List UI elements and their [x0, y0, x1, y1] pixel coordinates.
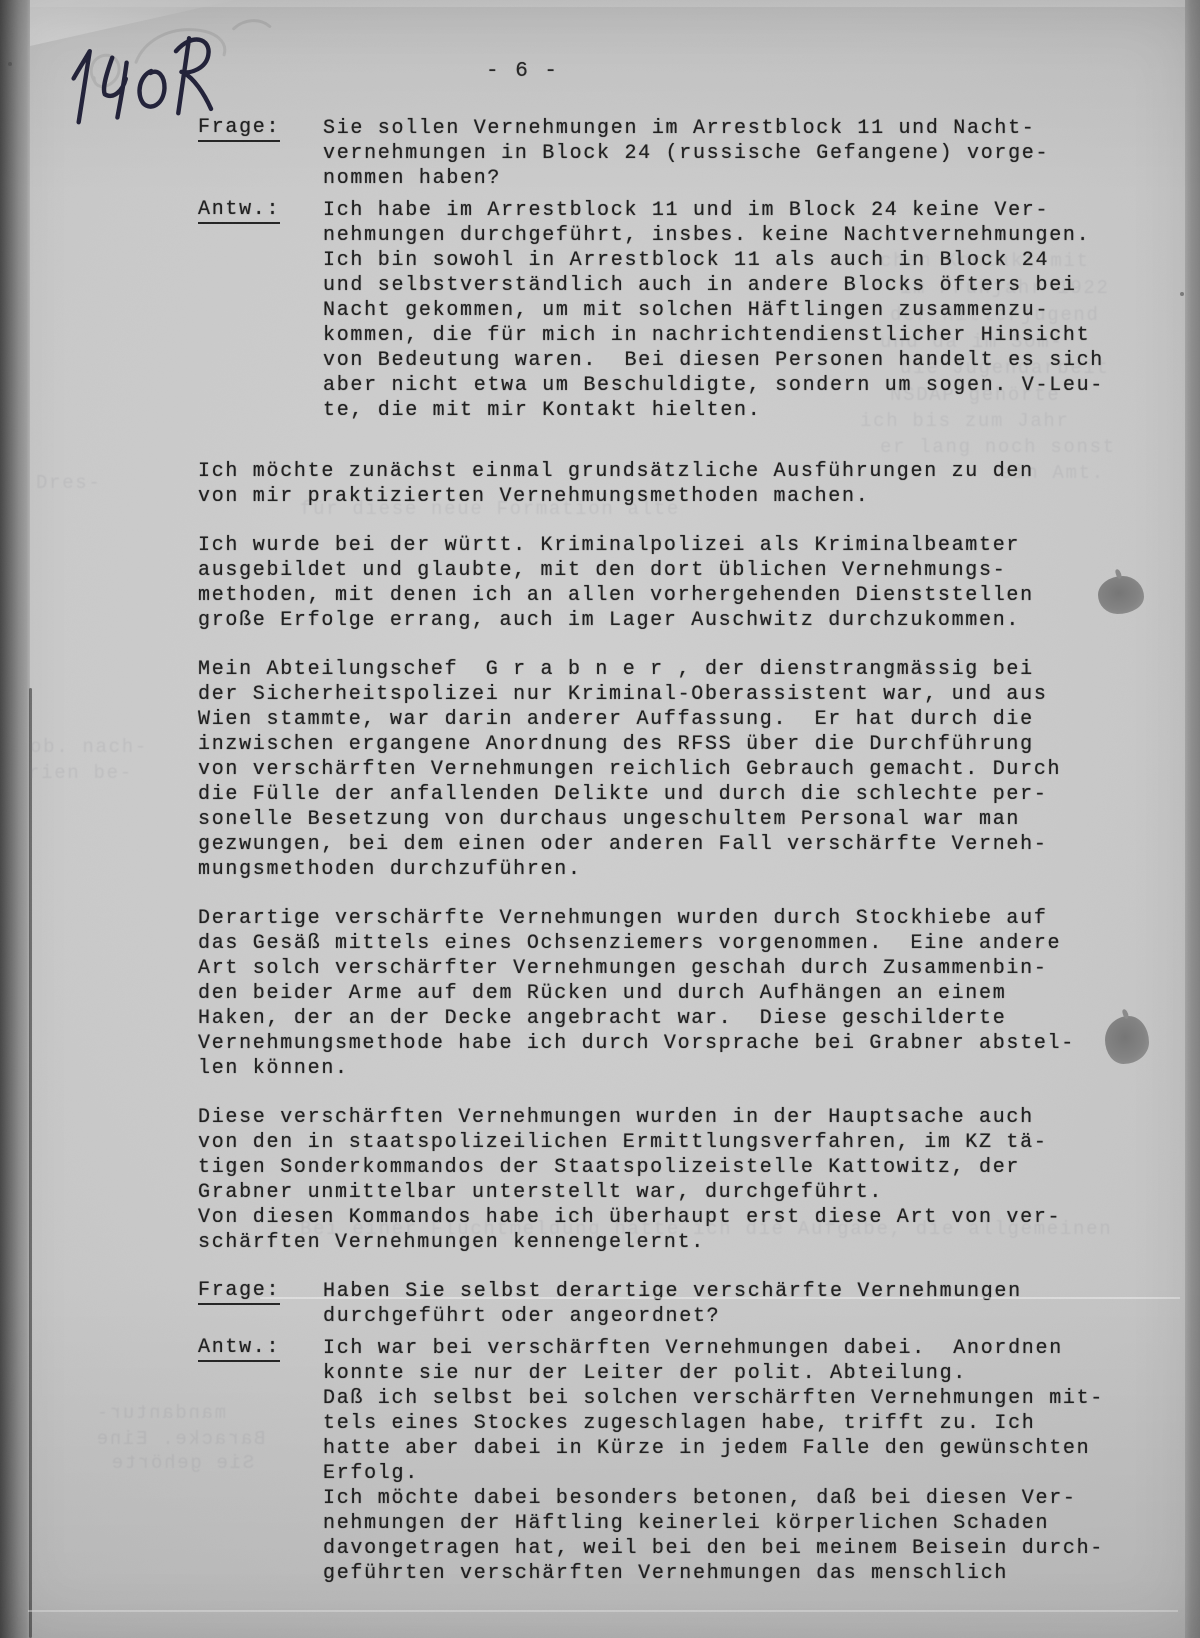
text-line: Sie sollen Vernehmungen im Arrestblock 1… [323, 116, 1200, 141]
speaker-label: Frage: [198, 116, 280, 142]
text-line: von Bedeutung waren. Bei diesen Personen… [323, 348, 1200, 373]
text-line: durchgeführt oder angeordnet? [323, 1304, 1200, 1329]
text-line: Ich möchte dabei besonders betonen, daß … [323, 1486, 1200, 1511]
text-line: von verschärften Vernehmungen reichlich … [198, 757, 1200, 782]
text-line: methoden, mit denen ich an allen vorherg… [198, 583, 1200, 608]
text-lines: Ich habe im Arrestblock 11 und im Block … [323, 198, 1200, 423]
text-line: tels eines Stockes zugeschlagen habe, tr… [323, 1411, 1200, 1436]
answer-block: Antw.:Ich war bei verschärften Vernehmun… [198, 1336, 1200, 1586]
text-line: Daß ich selbst bei solchen verschärften … [323, 1386, 1200, 1411]
text-line: Ich möchte zunächst einmal grundsätzlich… [198, 459, 1200, 484]
text-line: Haken, der an der Decke angebracht war. … [198, 1006, 1200, 1031]
scan-scratch-line [260, 1297, 1180, 1299]
text-line: die Fülle der anfallenden Delikte und du… [198, 782, 1200, 807]
text-lines: Diese verschärften Vernehmungen wurden i… [198, 1105, 1200, 1255]
paragraph-block: Ich möchte zunächst einmal grundsätzlich… [198, 459, 1200, 509]
text-lines: Mein Abteilungschef G r a b n e r , der … [198, 657, 1200, 882]
text-line: das Gesäß mittels eines Ochsenziemers vo… [198, 931, 1200, 956]
text-line: Vernehmungsmethode habe ich durch Vorspr… [198, 1031, 1200, 1056]
page-number: - 6 - [486, 60, 559, 83]
text-line: nommen haben? [323, 166, 1200, 191]
text-lines: Haben Sie selbst derartige verschärfte V… [323, 1279, 1200, 1329]
text-line: von mir praktizierten Vernehmungsmethode… [198, 484, 1200, 509]
text-line: Ich bin sowohl in Arrestblock 11 als auc… [323, 248, 1200, 273]
text-line: große Erfolge errang, auch im Lager Ausc… [198, 608, 1200, 633]
text-line: ausgebildet und glaubte, mit den dort üb… [198, 558, 1200, 583]
text-line: Grabner unmittelbar unterstellt war, dur… [198, 1180, 1200, 1205]
text-line: hatte aber dabei in Kürze in jedem Falle… [323, 1436, 1200, 1461]
paragraph-block: Ich wurde bei der württ. Kriminalpolizei… [198, 533, 1200, 633]
text-line: geführten verschärften Vernehmungen das … [323, 1561, 1200, 1586]
paragraph-block: Diese verschärften Vernehmungen wurden i… [198, 1105, 1200, 1255]
dust-speck [8, 62, 12, 66]
text-line: sonelle Besetzung von durchaus ungeschul… [198, 807, 1200, 832]
text-line: nehmungen durchgeführt, insbes. keine Na… [323, 223, 1200, 248]
ink-blot [1098, 576, 1144, 614]
text-line: vernehmungen in Block 24 (russische Gefa… [323, 141, 1200, 166]
text-line: te, die mit mir Kontakt hielten. [323, 398, 1200, 423]
paragraph-block: Derartige verschärfte Vernehmungen wurde… [198, 906, 1200, 1081]
text-line: len können. [198, 1056, 1200, 1081]
text-line: konnte sie nur der Leiter der polit. Abt… [323, 1361, 1200, 1386]
text-line: Haben Sie selbst derartige verschärfte V… [323, 1279, 1200, 1304]
text-lines: Ich möchte zunächst einmal grundsätzlich… [198, 459, 1200, 509]
text-line: aber nicht etwa um Beschuldigte, sondern… [323, 373, 1200, 398]
text-line: Ich habe im Arrestblock 11 und im Block … [323, 198, 1200, 223]
text-line: mungsmethoden durchzuführen. [198, 857, 1200, 882]
text-line: Ich war bei verschärften Vernehmungen da… [323, 1336, 1200, 1361]
text-line: Erfolg. [323, 1461, 1200, 1486]
text-line: tigen Sonderkommandos der Staatspolizeis… [198, 1155, 1200, 1180]
question-block: Frage:Haben Sie selbst derartige verschä… [198, 1279, 1200, 1329]
text-line: schärften Vernehmungen kennengelernt. [198, 1230, 1200, 1255]
text-line: Mein Abteilungschef G r a b n e r , der … [198, 657, 1200, 682]
text-line: Nacht gekommen, um mit solchen Häftlinge… [323, 298, 1200, 323]
text-line: nehmungen der Häftling keinerlei körperl… [323, 1511, 1200, 1536]
text-line: Wien stammte, war darin anderer Auffassu… [198, 707, 1200, 732]
text-line: gezwungen, bei dem einen oder anderen Fa… [198, 832, 1200, 857]
paragraph-block: Mein Abteilungschef G r a b n e r , der … [198, 657, 1200, 882]
question-block: Frage:Sie sollen Vernehmungen im Arrestb… [198, 116, 1200, 191]
text-line: der Sicherheitspolizei nur Kriminal-Ober… [198, 682, 1200, 707]
text-line: von den in staatspolizeilichen Ermittlun… [198, 1130, 1200, 1155]
text-line: kommen, die für mich in nachrichtendiens… [323, 323, 1200, 348]
ink-blot [1105, 1016, 1149, 1064]
text-line: davongetragen hat, weil bei den bei mein… [323, 1536, 1200, 1561]
document-body: Frage:Sie sollen Vernehmungen im Arrestb… [0, 116, 1200, 1622]
text-line: den beider Arme auf dem Rücken und durch… [198, 981, 1200, 1006]
speaker-label: Frage: [198, 1279, 280, 1305]
text-lines: Sie sollen Vernehmungen im Arrestblock 1… [323, 116, 1200, 191]
text-line: inzwischen ergangene Anordnung des RFSS … [198, 732, 1200, 757]
text-line: Ich wurde bei der württ. Kriminalpolizei… [198, 533, 1200, 558]
text-line: Von diesen Kommandos habe ich überhaupt … [198, 1205, 1200, 1230]
text-lines: Derartige verschärfte Vernehmungen wurde… [198, 906, 1200, 1081]
scan-scratch-line [28, 1610, 1178, 1612]
speaker-label: Antw.: [198, 198, 280, 224]
speaker-label: Antw.: [198, 1336, 280, 1362]
text-line: Derartige verschärfte Vernehmungen wurde… [198, 906, 1200, 931]
text-lines: Ich wurde bei der württ. Kriminalpolizei… [198, 533, 1200, 633]
page-top-edge [30, 0, 1185, 7]
scanned-page: chen Kontakt mitim Frühjahr 1922der Hitl… [0, 0, 1200, 1638]
text-line: Art solch verschärfter Vernehmungen gesc… [198, 956, 1200, 981]
text-lines: Ich war bei verschärften Vernehmungen da… [323, 1336, 1200, 1586]
text-line: Diese verschärften Vernehmungen wurden i… [198, 1105, 1200, 1130]
answer-block: Antw.:Ich habe im Arrestblock 11 und im … [198, 198, 1200, 423]
dust-speck [1180, 292, 1184, 296]
text-line: und selbstverständlich auch in andere Bl… [323, 273, 1200, 298]
